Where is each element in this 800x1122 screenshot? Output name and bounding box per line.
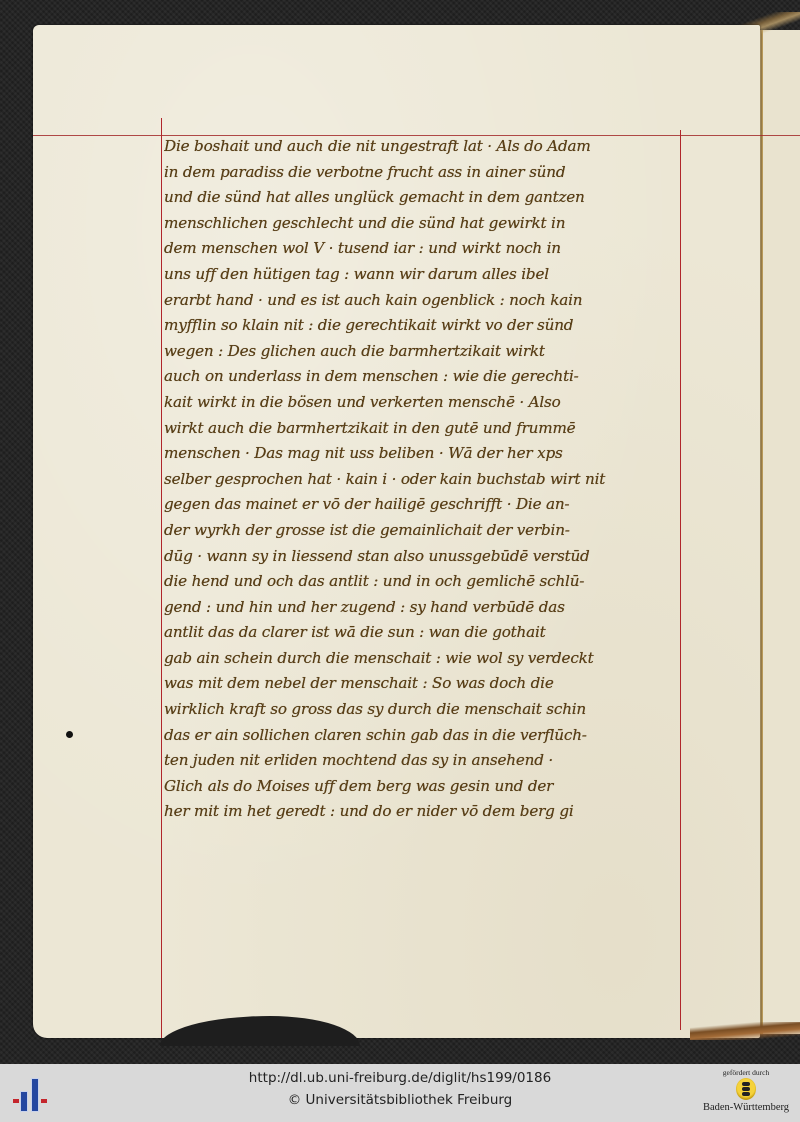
text-line: wirklich kraft so gross das sy durch die…: [164, 697, 680, 723]
crest-lion-icon: [742, 1092, 750, 1096]
sponsor-block: gefördert durch Baden-Württemberg: [700, 1068, 792, 1122]
crest-lion-icon: [742, 1082, 750, 1086]
ruling-line-left: [161, 118, 162, 1038]
manuscript-text: Die boshait und auch die nit ungestraft …: [164, 134, 680, 825]
ink-dot: [66, 731, 73, 738]
sponsor-label: gefördert durch: [700, 1068, 792, 1077]
text-line: der wyrkh der grosse ist die gemainlicha…: [164, 518, 680, 544]
text-line: Die boshait und auch die nit ungestraft …: [164, 134, 680, 160]
facing-page-gutter: [760, 30, 800, 1034]
ruling-line-right: [680, 130, 681, 1030]
text-line: dem menschen wol V · tusend iar : und wi…: [164, 236, 680, 262]
text-line: wirkt auch die barmhertzikait in den gut…: [164, 416, 680, 442]
text-line: auch on underlass in dem menschen : wie …: [164, 364, 680, 390]
baden-wuerttemberg-crest-icon: [736, 1078, 756, 1100]
text-line: kait wirkt in die bösen und verkerten me…: [164, 390, 680, 416]
text-line: menschen · Das mag nit uss beliben · Wā …: [164, 441, 680, 467]
text-line: gegen das mainet er vō der hailigē gesch…: [164, 492, 680, 518]
text-line: Glich als do Moises uff dem berg was ges…: [164, 774, 680, 800]
copyright-notice: © Universitätsbibliothek Freiburg: [0, 1092, 800, 1108]
text-line: menschlichen geschlecht und die sünd hat…: [164, 211, 680, 237]
text-line: was mit dem nebel der menschait : So was…: [164, 671, 680, 697]
crest-lion-icon: [742, 1087, 750, 1091]
sponsor-name: Baden-Württemberg: [700, 1101, 792, 1114]
text-line: uns uff den hütigen tag : wann wir darum…: [164, 262, 680, 288]
text-line: die hend und och das antlit : und in och…: [164, 569, 680, 595]
text-line: wegen : Des glichen auch die barmhertzik…: [164, 339, 680, 365]
text-line: dūg · wann sy in liessend stan also unus…: [164, 544, 680, 570]
text-line: selber gesprochen hat · kain i · oder ka…: [164, 467, 680, 493]
text-line: ten juden nit erliden mochtend das sy in…: [164, 748, 680, 774]
text-line: myfflin so klain nit : die gerechtikait …: [164, 313, 680, 339]
text-line: und die sünd hat alles unglück gemacht i…: [164, 185, 680, 211]
bottom-damage: [690, 1022, 800, 1040]
text-line: gend : und hin und her zugend : sy hand …: [164, 595, 680, 621]
text-line: antlit das da clarer ist wā die sun : wa…: [164, 620, 680, 646]
scan-area: Die boshait und auch die nit ungestraft …: [0, 0, 800, 1064]
text-line: in dem paradiss die verbotne frucht ass …: [164, 160, 680, 186]
text-line: erarbt hand · und es ist auch kain ogenb…: [164, 288, 680, 314]
permalink-url[interactable]: http://dl.ub.uni-freiburg.de/diglit/hs19…: [0, 1070, 800, 1086]
text-line: gab ain schein durch die menschait : wie…: [164, 646, 680, 672]
text-line: das er ain sollichen claren schin gab da…: [164, 723, 680, 749]
text-line: her mit im het geredt : und do er nider …: [164, 799, 680, 825]
footer-bar: http://dl.ub.uni-freiburg.de/diglit/hs19…: [0, 1064, 800, 1122]
